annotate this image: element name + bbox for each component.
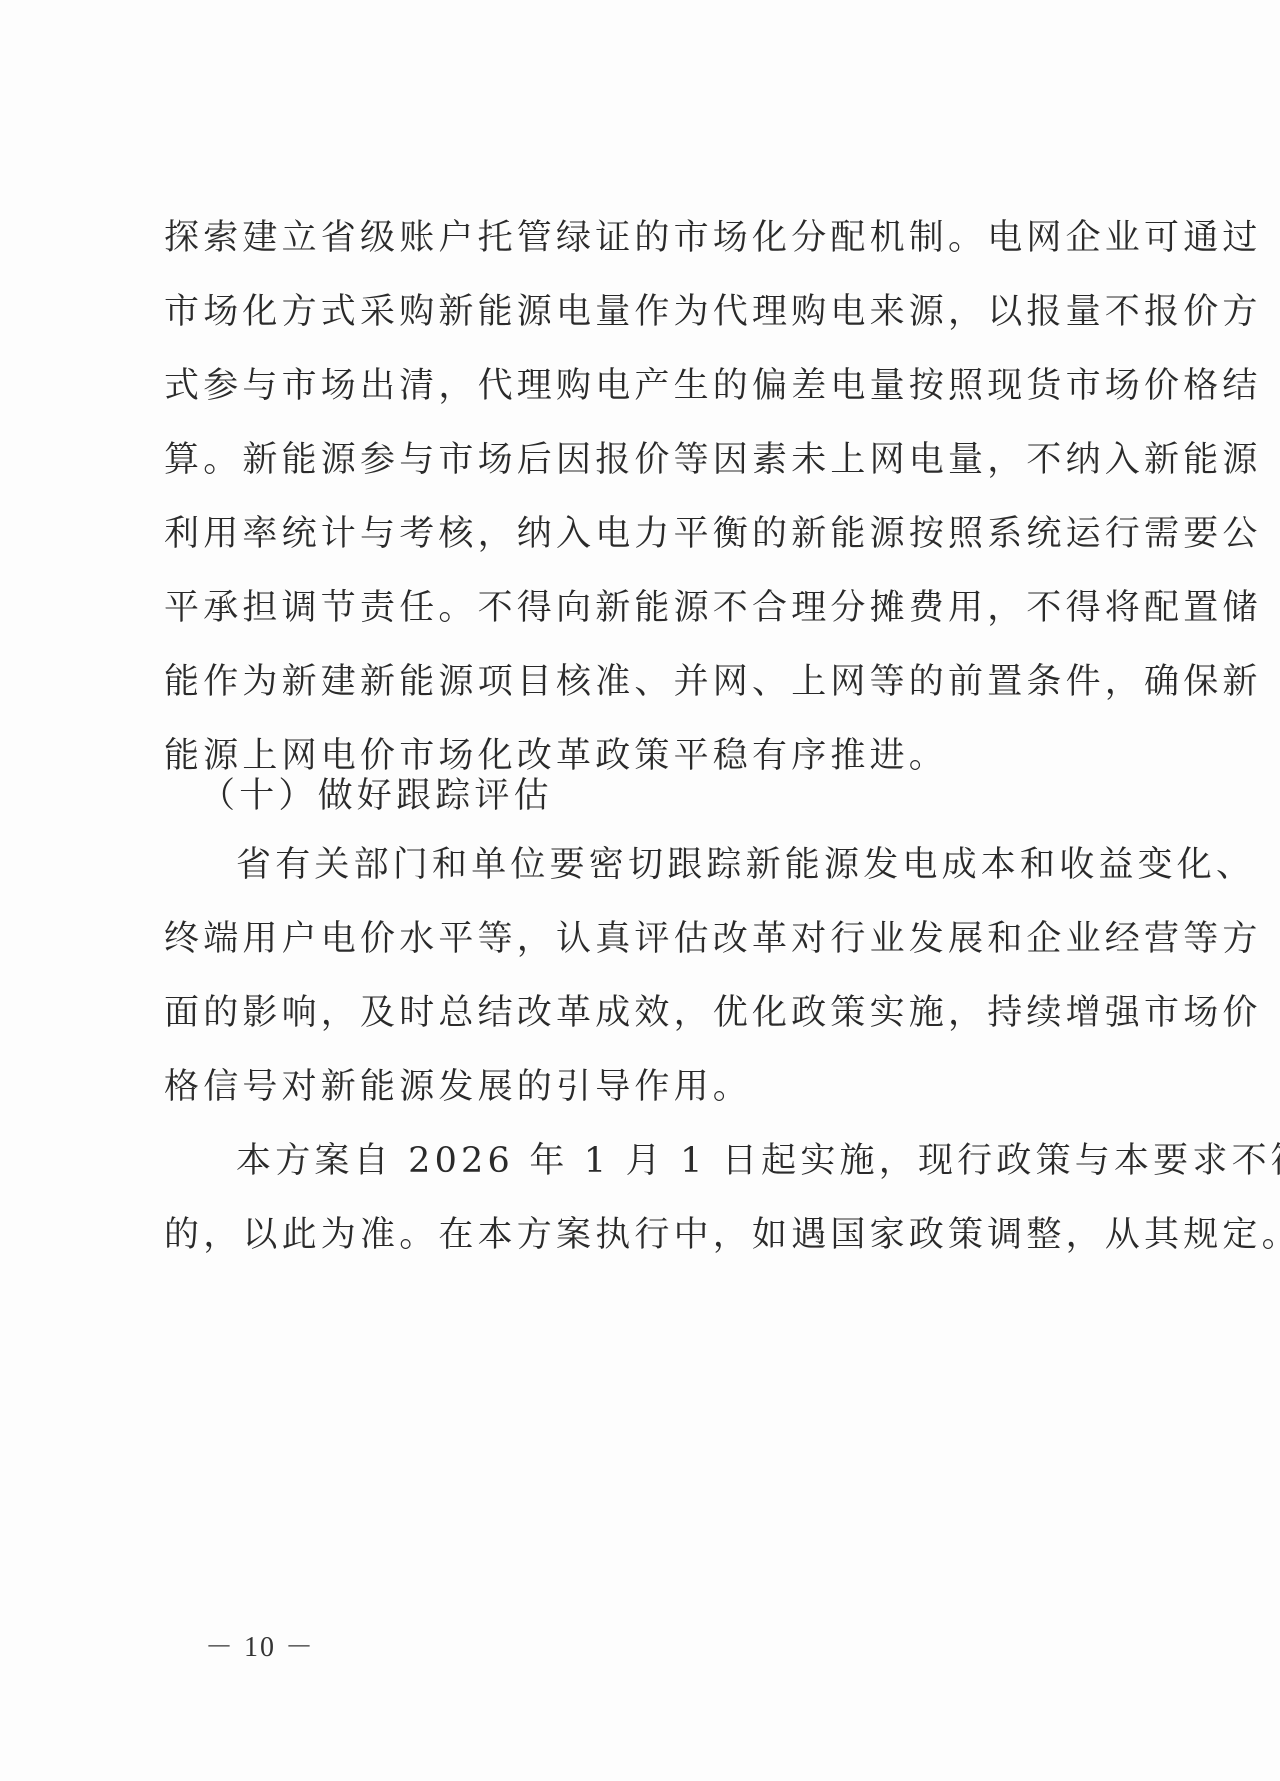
- body-line: 探索建立省级账户托管绿证的市场化分配机制。电网企业可通过: [164, 218, 1124, 258]
- page-number: － 10 －: [205, 1625, 315, 1665]
- body-line: 式参与市场出清，代理购电产生的偏差电量按照现货市场价格结: [164, 366, 1124, 406]
- body-line: 市场化方式采购新能源电量作为代理购电来源，以报量不报价方: [164, 292, 1124, 332]
- body-line: 面的影响，及时总结改革成效，优化政策实施，持续增强市场价: [164, 993, 1124, 1033]
- body-line: 算。新能源参与市场后因报价等因素未上网电量，不纳入新能源: [164, 440, 1124, 480]
- body-line: 本方案自 2026 年 1 月 1 日起实施，现行政策与本要求不符: [236, 1141, 1196, 1181]
- body-line: 终端用户电价水平等，认真评估改革对行业发展和企业经营等方: [164, 919, 1124, 959]
- section-heading: （十）做好跟踪评估: [200, 776, 1160, 816]
- body-line: 的，以此为准。在本方案执行中，如遇国家政策调整，从其规定。: [164, 1215, 1124, 1255]
- body-line: 能源上网电价市场化改革政策平稳有序推进。: [164, 736, 1124, 776]
- document-page: 探索建立省级账户托管绿证的市场化分配机制。电网企业可通过 市场化方式采购新能源电…: [0, 0, 1280, 1781]
- body-line: 平承担调节责任。不得向新能源不合理分摊费用，不得将配置储: [164, 588, 1124, 628]
- body-line: 省有关部门和单位要密切跟踪新能源发电成本和收益变化、: [236, 845, 1196, 885]
- body-line: 格信号对新能源发展的引导作用。: [164, 1067, 1124, 1107]
- body-line: 利用率统计与考核，纳入电力平衡的新能源按照系统运行需要公: [164, 514, 1124, 554]
- body-line: 能作为新建新能源项目核准、并网、上网等的前置条件，确保新: [164, 662, 1124, 702]
